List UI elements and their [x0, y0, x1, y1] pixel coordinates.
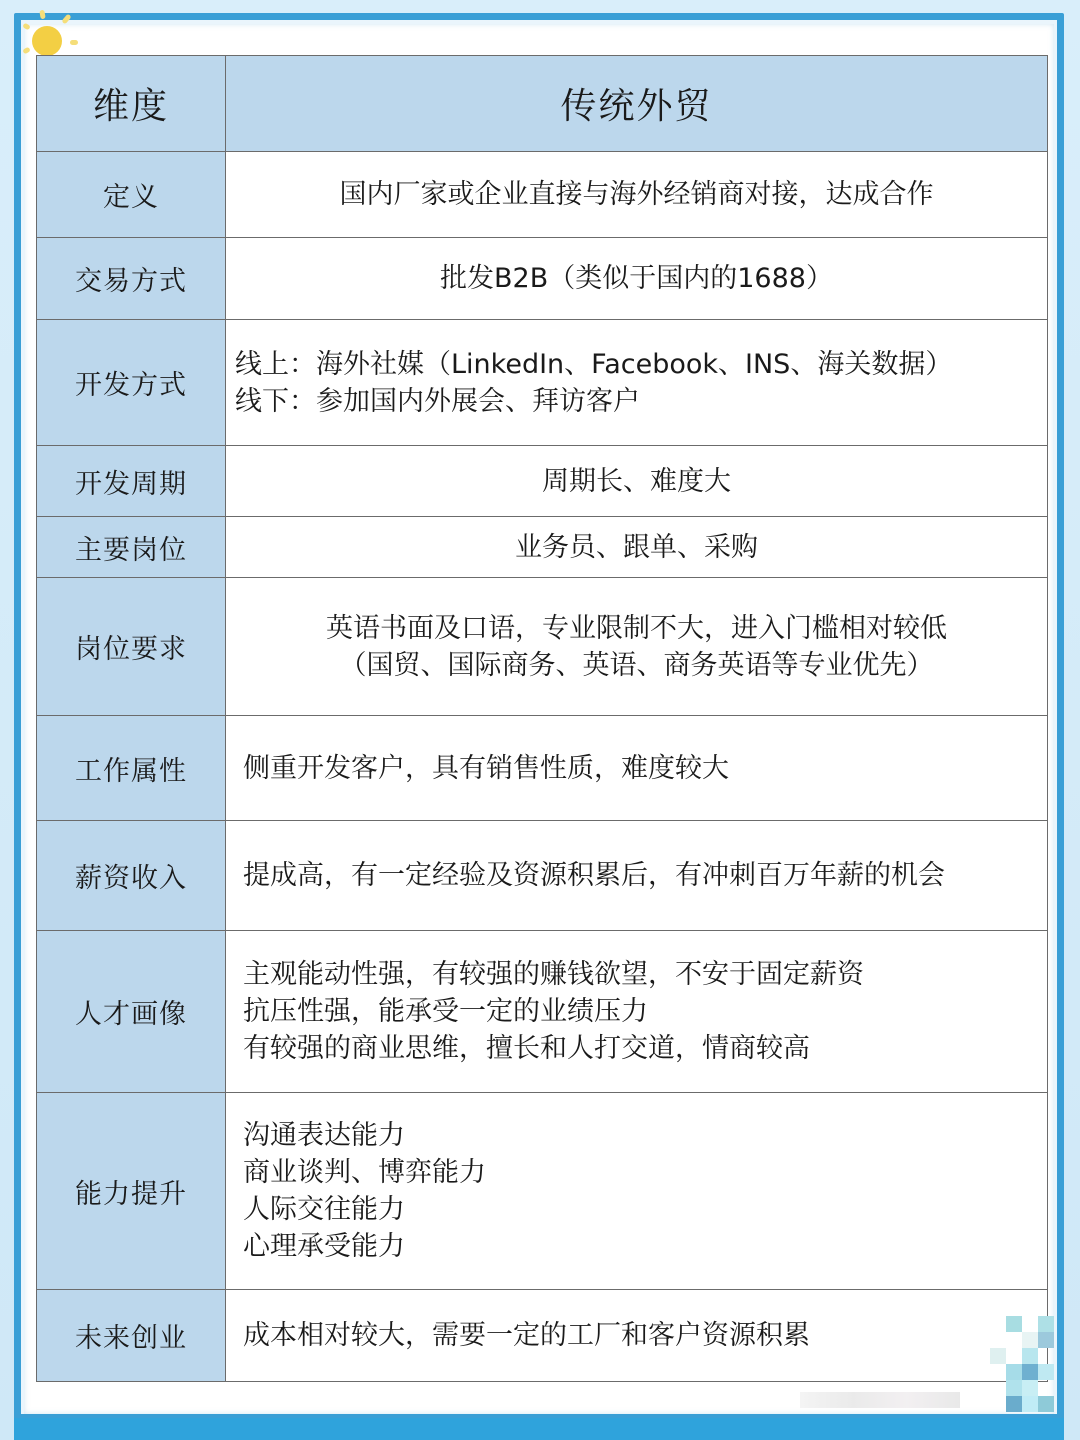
row-value: 沟通表达能力 商业谈判、博弈能力 人际交往能力 心理承受能力: [226, 1093, 1048, 1290]
comparison-table: 维度 传统外贸 定义 国内厂家或企业直接与海外经销商对接，达成合作 交易方式 批…: [36, 55, 1048, 1382]
row-value: 侧重开发客户，具有销售性质，难度较大: [226, 716, 1048, 821]
row-value: 业务员、跟单、采购: [226, 517, 1048, 578]
frame-bottom-bar: [14, 1418, 1064, 1440]
row-value: 线上：海外社媒（LinkedIn、Facebook、INS、海关数据） 线下：参…: [226, 320, 1048, 446]
row-value: 周期长、难度大: [226, 446, 1048, 517]
table-row: 定义 国内厂家或企业直接与海外经销商对接，达成合作: [37, 152, 1048, 238]
table-row: 开发周期 周期长、难度大: [37, 446, 1048, 517]
row-label: 薪资收入: [37, 821, 226, 931]
table-row: 人才画像 主观能动性强，有较强的赚钱欲望，不安于固定薪资 抗压性强，能承受一定的…: [37, 931, 1048, 1093]
watermark-blur: [800, 1392, 960, 1408]
row-value: 英语书面及口语，专业限制不大，进入门槛相对较低 （国贸、国际商务、英语、商务英语…: [226, 578, 1048, 716]
table-row: 岗位要求 英语书面及口语，专业限制不大，进入门槛相对较低 （国贸、国际商务、英语…: [37, 578, 1048, 716]
row-label: 人才画像: [37, 931, 226, 1093]
table-row: 能力提升 沟通表达能力 商业谈判、博弈能力 人际交往能力 心理承受能力: [37, 1093, 1048, 1290]
header-traditional-trade: 传统外贸: [226, 56, 1048, 152]
row-value: 成本相对较大，需要一定的工厂和客户资源积累: [226, 1290, 1048, 1382]
table-row: 未来创业 成本相对较大，需要一定的工厂和客户资源积累: [37, 1290, 1048, 1382]
sun-icon: [20, 10, 80, 60]
row-label: 工作属性: [37, 716, 226, 821]
table-row: 主要岗位 业务员、跟单、采购: [37, 517, 1048, 578]
table-header-row: 维度 传统外贸: [37, 56, 1048, 152]
row-value: 国内厂家或企业直接与海外经销商对接，达成合作: [226, 152, 1048, 238]
mosaic-blur: [974, 1300, 1064, 1418]
row-label: 能力提升: [37, 1093, 226, 1290]
row-label: 开发周期: [37, 446, 226, 517]
row-label: 岗位要求: [37, 578, 226, 716]
table-row: 交易方式 批发B2B（类似于国内的1688）: [37, 238, 1048, 320]
row-label: 交易方式: [37, 238, 226, 320]
row-value: 主观能动性强，有较强的赚钱欲望，不安于固定薪资 抗压性强，能承受一定的业绩压力 …: [226, 931, 1048, 1093]
row-value: 提成高，有一定经验及资源积累后，有冲刺百万年薪的机会: [226, 821, 1048, 931]
row-label: 未来创业: [37, 1290, 226, 1382]
table-row: 开发方式 线上：海外社媒（LinkedIn、Facebook、INS、海关数据）…: [37, 320, 1048, 446]
row-label: 开发方式: [37, 320, 226, 446]
table-row: 工作属性 侧重开发客户，具有销售性质，难度较大: [37, 716, 1048, 821]
table-row: 薪资收入 提成高，有一定经验及资源积累后，有冲刺百万年薪的机会: [37, 821, 1048, 931]
row-value: 批发B2B（类似于国内的1688）: [226, 238, 1048, 320]
row-label: 定义: [37, 152, 226, 238]
header-dimension: 维度: [37, 56, 226, 152]
row-label: 主要岗位: [37, 517, 226, 578]
